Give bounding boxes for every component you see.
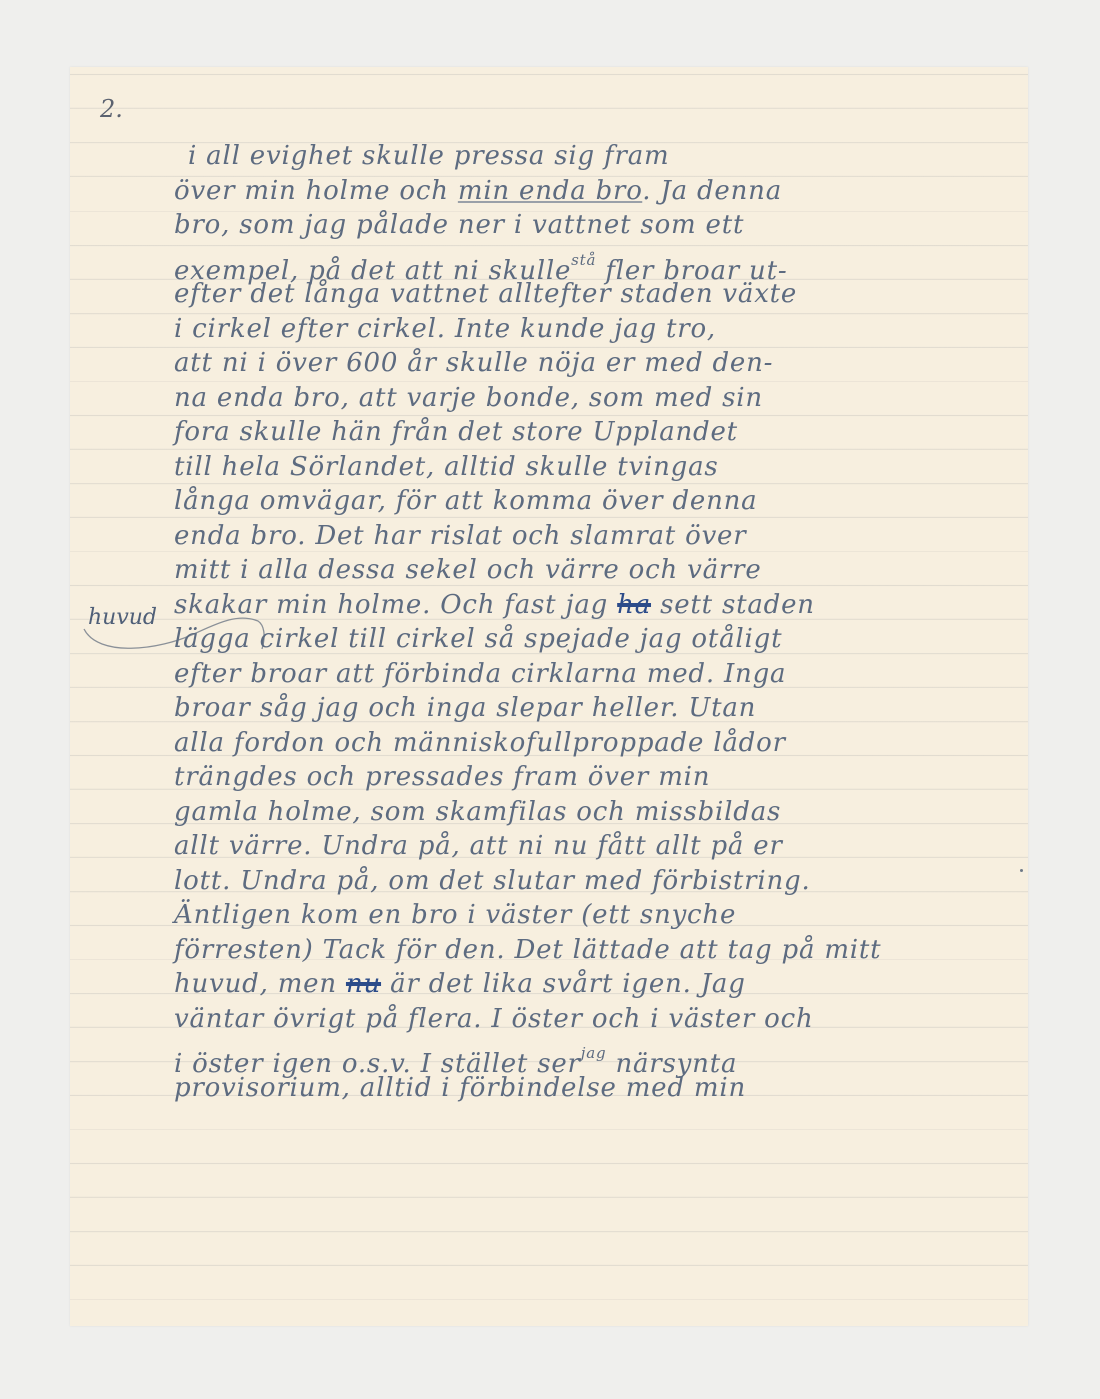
text-line: väntar övrigt på flera. I öster och i vä… <box>174 1002 1024 1037</box>
text-fragment: över min holme och <box>174 176 458 206</box>
text-line: skakar min holme. Och fast jag ha sett s… <box>174 588 1024 623</box>
margin-note: huvud <box>88 605 157 630</box>
text-line: att ni i över 600 år skulle nöja er med … <box>174 346 1024 381</box>
struck-word: ha <box>617 590 651 620</box>
text-fragment: sett staden <box>651 590 815 620</box>
text-line: Äntligen kom en bro i väster (ett snyche <box>174 898 1024 933</box>
text-line: allt värre. Undra på, att ni nu fått all… <box>174 829 1024 864</box>
text-line: exempel, på det att ni skullestå fler br… <box>174 243 1024 278</box>
text-line: gamla holme, som skamfilas och missbilda… <box>174 795 1024 830</box>
text-line: na enda bro, att varje bonde, som med si… <box>174 381 1024 416</box>
text-line: till hela Sörlandet, alltid skulle tving… <box>174 450 1024 485</box>
interlinear-insertion: jag <box>581 1044 607 1062</box>
ink-mark <box>1020 869 1023 872</box>
text-line: lägga cirkel till cirkel så spejade jag … <box>174 622 1024 657</box>
text-line: lott. Undra på, om det slutar med förbis… <box>174 864 1024 899</box>
manuscript-page: 2. huvud i all evighet skulle pressa sig… <box>70 67 1028 1326</box>
text-line: alla fordon och människofullproppade låd… <box>174 726 1024 761</box>
underlined-text: min enda bro <box>458 176 642 206</box>
text-line: i all evighet skulle pressa sig fram <box>174 139 1024 174</box>
text-line: bro, som jag pålade ner i vattnet som et… <box>174 208 1024 243</box>
text-line: över min holme och min enda bro. Ja denn… <box>174 174 1024 209</box>
text-line: trängdes och pressades fram över min <box>174 760 1024 795</box>
text-line: förresten) Tack för den. Det lättade att… <box>174 933 1024 968</box>
handwritten-text: i all evighet skulle pressa sig fram öve… <box>174 139 1024 1105</box>
text-line: i öster igen o.s.v. I stället serjag när… <box>174 1036 1024 1071</box>
page-number: 2. <box>100 95 123 123</box>
text-line: huvud, men nu är det lika svårt igen. Ja… <box>174 967 1024 1002</box>
interlinear-insertion: stå <box>571 251 596 269</box>
text-line: provisorium, alltid i förbindelse med mi… <box>174 1071 1024 1106</box>
text-line: mitt i alla dessa sekel och värre och vä… <box>174 553 1024 588</box>
text-line: enda bro. Det har rislat och slamrat öve… <box>174 519 1024 554</box>
text-line: efter broar att förbinda cirklarna med. … <box>174 657 1024 692</box>
struck-word: nu <box>346 969 381 999</box>
text-line: broar såg jag och inga slepar heller. Ut… <box>174 691 1024 726</box>
text-fragment: är det lika svårt igen. Jag <box>381 969 746 999</box>
text-fragment: skakar min holme. Och fast jag <box>174 590 617 620</box>
text-fragment: . Ja denna <box>642 176 782 206</box>
text-line: efter det långa vattnet alltefter staden… <box>174 277 1024 312</box>
text-line: långa omvägar, för att komma över denna <box>174 484 1024 519</box>
text-line: i cirkel efter cirkel. Inte kunde jag tr… <box>174 312 1024 347</box>
text-fragment: huvud, men <box>174 969 346 999</box>
text-line: fora skulle hän från det store Upplandet <box>174 415 1024 450</box>
